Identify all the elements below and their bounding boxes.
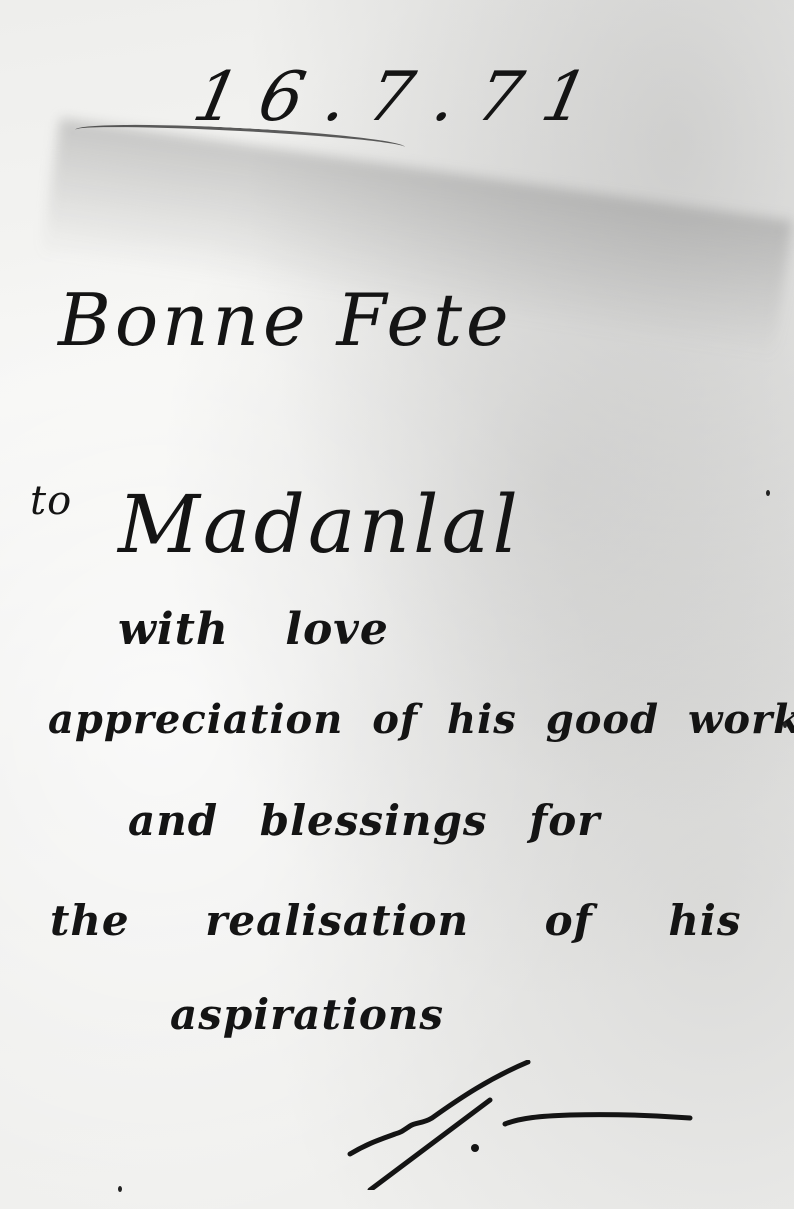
body-line-5: aspirations — [170, 990, 444, 1039]
signature-mark — [340, 1060, 700, 1190]
note-date: 16.7.71 — [187, 58, 617, 137]
salutation-prefix: to — [30, 478, 72, 524]
ink-speck — [783, 722, 787, 728]
body-line-4: the realisation of his — [50, 896, 741, 945]
note-greeting: Bonne Fete — [58, 278, 513, 362]
body-line-2: appreciation of his good work — [48, 696, 794, 743]
body-line-3: and blessings for — [128, 796, 600, 845]
ink-speck — [766, 490, 770, 496]
recipient-name: Madanlal — [118, 478, 521, 571]
ink-speck — [118, 1186, 122, 1192]
body-line-1: with love — [118, 604, 389, 655]
